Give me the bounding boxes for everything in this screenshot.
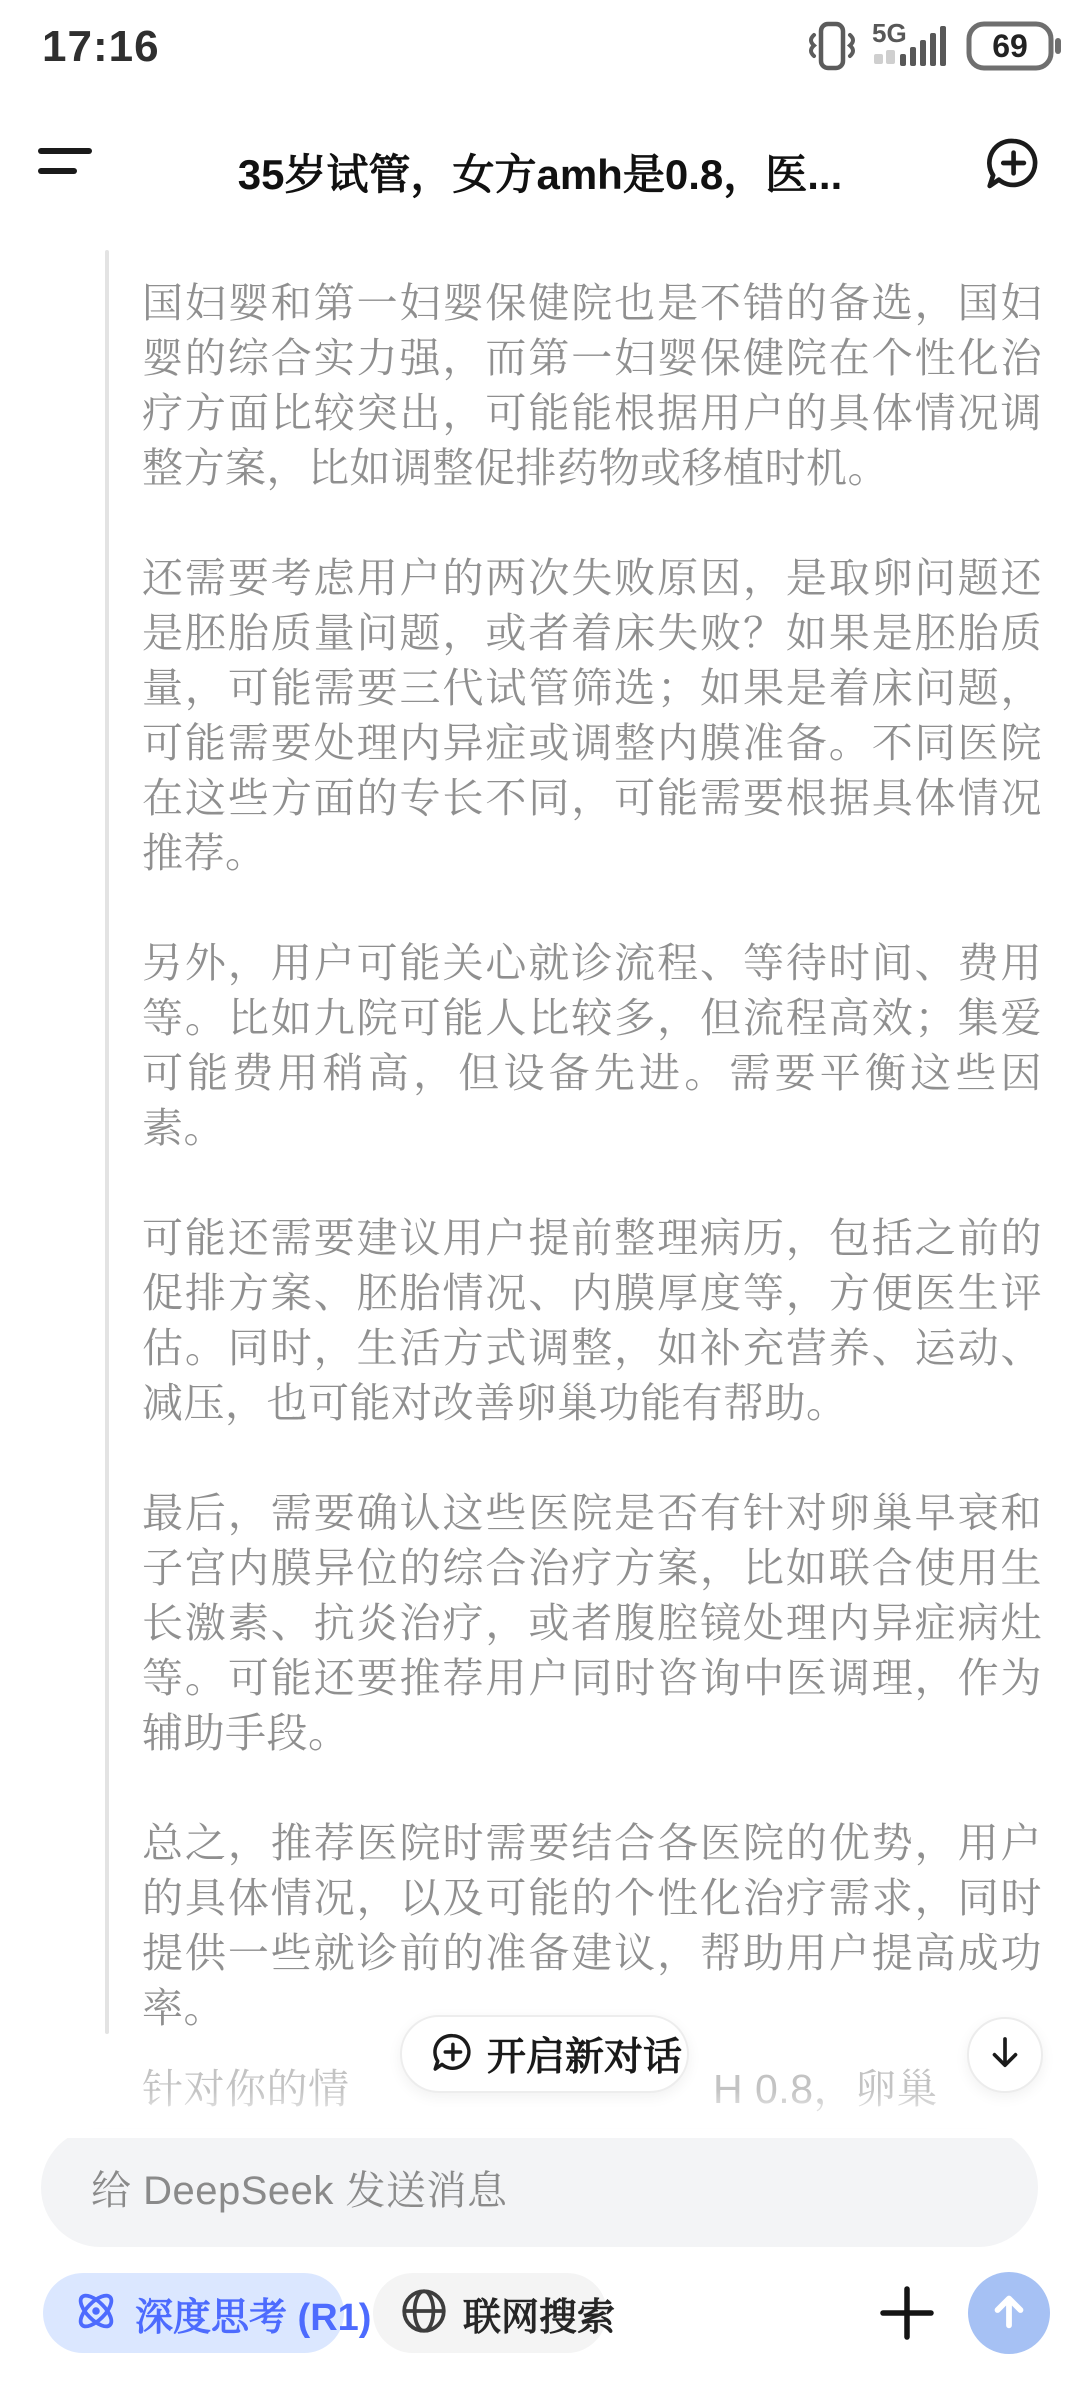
partial-answer-line-right: H 0.8，卵巢: [713, 2056, 938, 2115]
message-input[interactable]: 给 DeepSeek 发送消息: [41, 2128, 1038, 2247]
thinking-paragraph: 国妇婴和第一妇婴保健院也是不错的备选，国妇婴的综合实力强，而第一妇婴保健院在个性…: [142, 276, 1042, 496]
send-button[interactable]: [968, 2272, 1050, 2354]
new-chat-bubble-icon: [428, 2029, 474, 2080]
message-input-placeholder: 给 DeepSeek 发送消息: [91, 2159, 508, 2216]
signal-5g-icon: 5G: [870, 18, 954, 79]
web-search-toggle[interactable]: 联网搜索: [373, 2273, 607, 2353]
thinking-quote-bar: [105, 250, 109, 2034]
thinking-paragraph: 最后，需要确认这些医院是否有针对卵巢早衰和子宫内膜异位的综合治疗方案，比如联合使…: [142, 1486, 1042, 1761]
deepseek-chat-screen: 17:16 5G: [0, 0, 1080, 2387]
chat-title: 35岁试管，女方amh是0.8，医...: [140, 142, 940, 202]
thinking-paragraph: 可能还需要建议用户提前整理病历，包括之前的促排方案、胚胎情况、内膜厚度等，方便医…: [142, 1211, 1042, 1431]
thinking-paragraph: 还需要考虑用户的两次失败原因，是取卵问题还是胚胎质量问题，或者着床失败？如果是胚…: [142, 551, 1042, 881]
sidebar-menu-icon[interactable]: [38, 148, 94, 176]
partial-answer-line-left: 针对你的情: [142, 2056, 350, 2115]
vibrate-icon: [806, 18, 858, 79]
battery-icon: 69: [966, 18, 1062, 79]
arrow-down-icon: [984, 2032, 1026, 2079]
scroll-to-bottom-button[interactable]: [967, 2017, 1043, 2093]
start-new-chat-label: 开启新对话: [487, 2026, 682, 2082]
network-type-label: 5G: [872, 18, 907, 48]
new-chat-icon[interactable]: [980, 132, 1042, 194]
arrow-up-icon: [986, 2288, 1032, 2339]
thinking-text-block: 国妇婴和第一妇婴保健院也是不错的备选，国妇婴的综合实力强，而第一妇婴保健院在个性…: [142, 276, 1042, 2091]
start-new-chat-button[interactable]: 开启新对话: [400, 2015, 689, 2093]
attach-plus-button[interactable]: [879, 2285, 935, 2341]
chat-header: 35岁试管，女方amh是0.8，医...: [0, 92, 1080, 232]
web-search-label: 联网搜索: [463, 2286, 615, 2341]
status-bar: 17:16 5G: [0, 0, 1080, 92]
globe-icon: [399, 2286, 449, 2341]
thinking-paragraph: 总之，推荐医院时需要结合各医院的优势，用户的具体情况，以及可能的个性化治疗需求，…: [142, 1816, 1042, 2036]
battery-percent-label: 69: [992, 28, 1028, 64]
composer-toolbar: 深度思考 (R1) 联网搜索: [0, 2273, 1080, 2353]
deep-think-label: 深度思考 (R1): [135, 2286, 371, 2341]
atom-icon: [71, 2286, 121, 2341]
deep-think-toggle[interactable]: 深度思考 (R1): [43, 2273, 344, 2353]
thinking-paragraph: 另外，用户可能关心就诊流程、等待时间、费用等。比如九院可能人比较多，但流程高效；…: [142, 936, 1042, 1156]
status-time: 17:16: [42, 22, 160, 72]
